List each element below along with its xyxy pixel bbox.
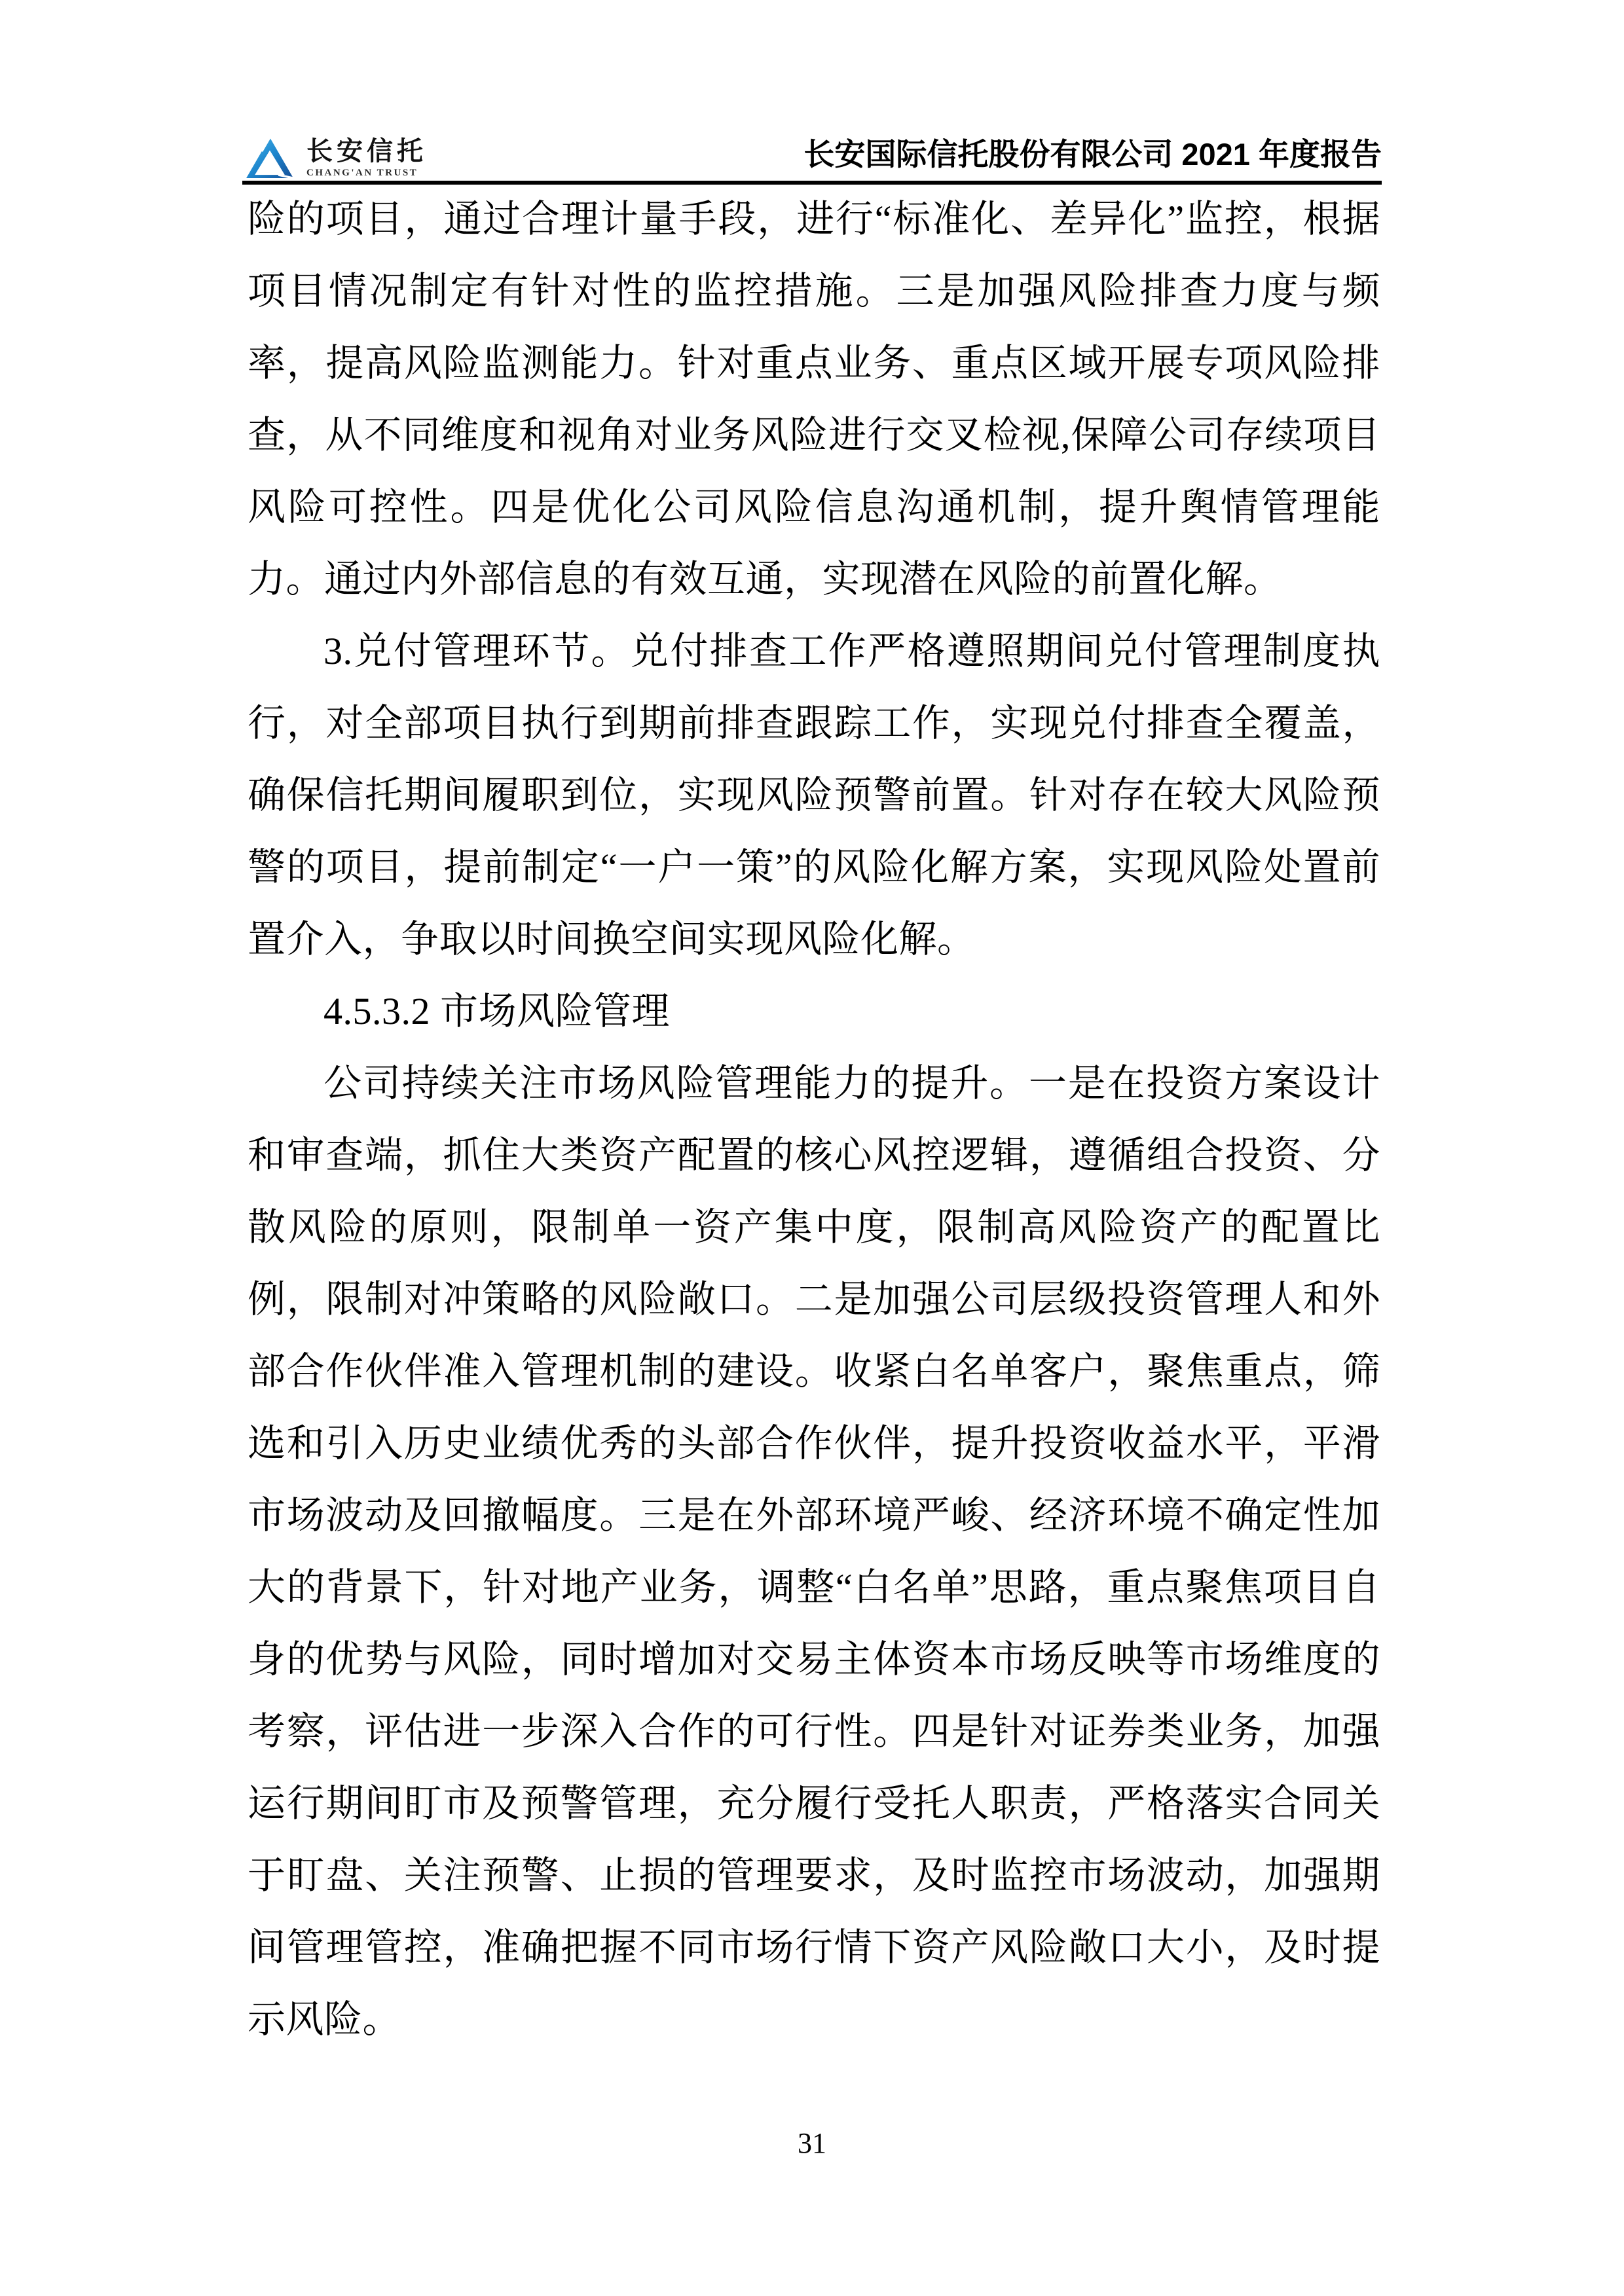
document-body: 险的项目，通过合理计量手段，进行“标准化、差异化”监控，根据项目情况制定有针对性… — [248, 183, 1380, 2056]
paragraph-redemption-management: 3.兑付管理环节。兑付排查工作严格遵照期间兑付管理制度执行，对全部项目执行到期前… — [248, 615, 1380, 975]
paragraph-risk-monitoring-continued: 险的项目，通过合理计量手段，进行“标准化、差异化”监控，根据项目情况制定有针对性… — [248, 183, 1380, 615]
logo-text: 长安信托 CHANG'AN TRUST — [306, 138, 427, 178]
company-logo: 长安信托 CHANG'AN TRUST — [242, 137, 427, 178]
logo-name-chinese: 长安信托 — [306, 138, 427, 164]
page-footer: 31 — [0, 2126, 1624, 2160]
report-page: { "header": { "logo": { "name_cn": "长安信托… — [0, 0, 1624, 2296]
page-number: 31 — [798, 2127, 826, 2159]
report-header-title: 长安国际信托股份有限公司 2021 年度报告 — [803, 130, 1382, 174]
changan-trust-triangle-logo-icon — [242, 137, 297, 178]
page-header: 长安信托 CHANG'AN TRUST 长安国际信托股份有限公司 2021 年度… — [242, 118, 1382, 185]
logo-name-english: CHANG'AN TRUST — [306, 168, 427, 178]
heading-market-risk-management: 4.5.3.2 市场风险管理 — [248, 975, 1380, 1048]
paragraph-market-risk-management: 公司持续关注市场风险管理能力的提升。一是在投资方案设计和审查端，抓住大类资产配置… — [248, 1048, 1380, 2056]
